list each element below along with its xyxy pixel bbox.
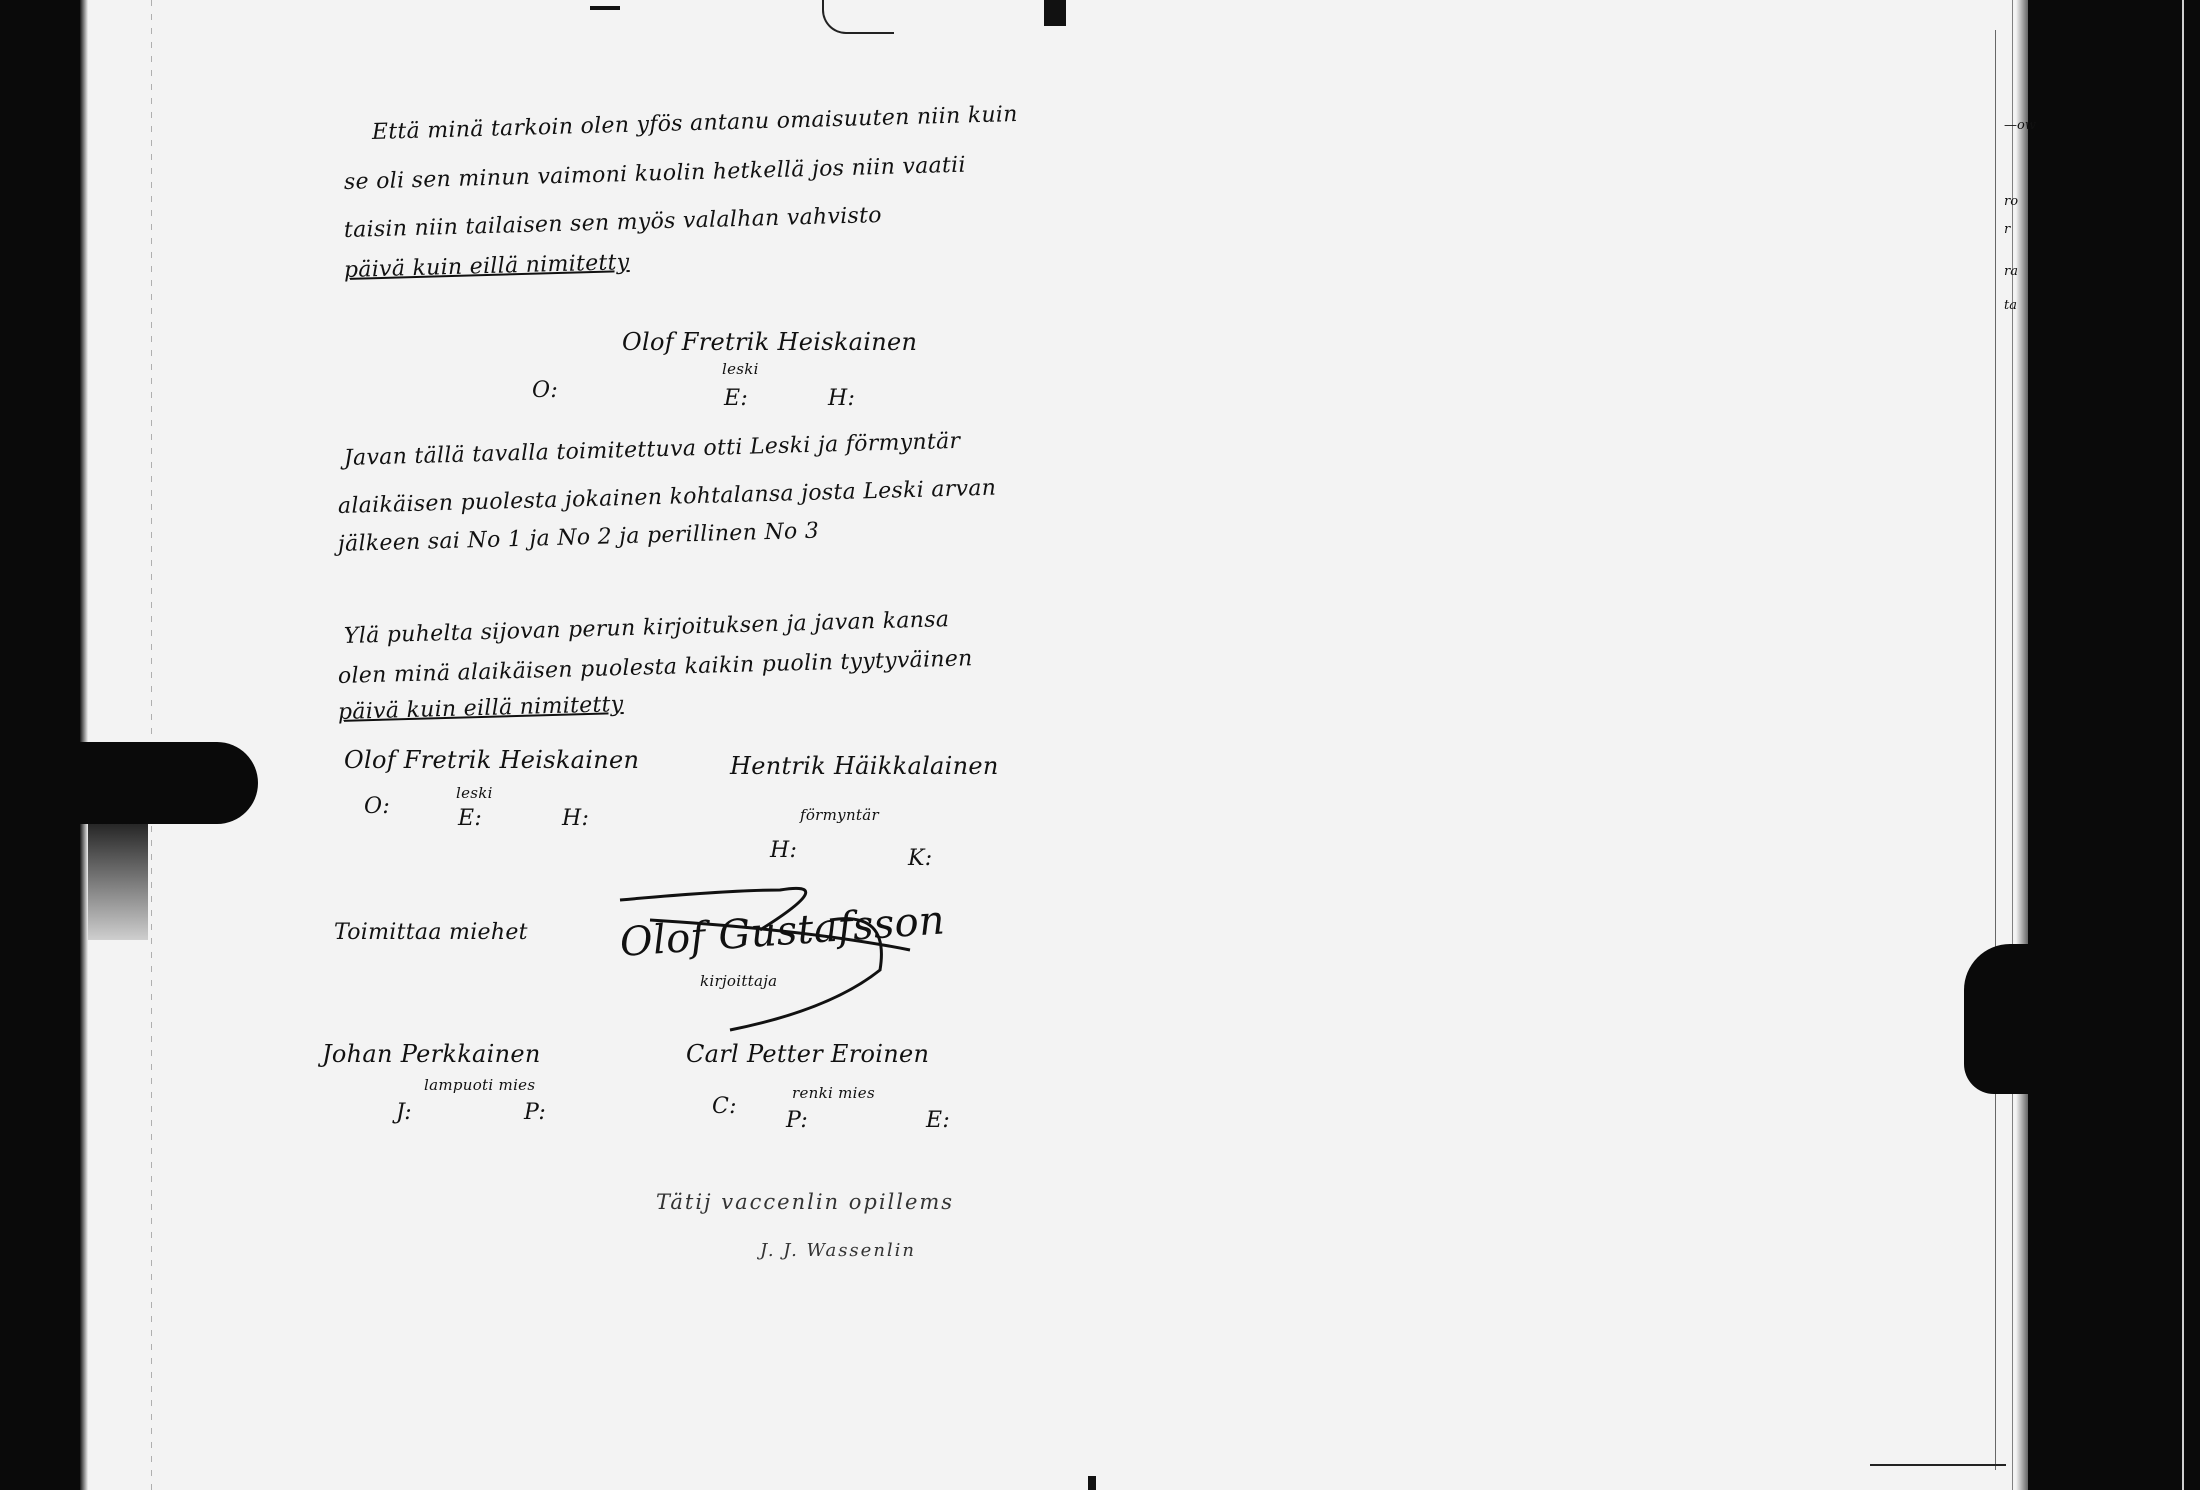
- top-ink-blot: [1044, 0, 1066, 26]
- bottom-right-corner-line: [1870, 1464, 2006, 1466]
- witness-2-role: renki mies: [792, 1084, 875, 1102]
- witness-1-role: lampuoti mies: [424, 1076, 535, 1094]
- right-clamp-shadow: [1964, 944, 2054, 1094]
- signature-2b-name: Hentrik Häikkalainen: [730, 752, 999, 780]
- signature-2b-role: förmyntär: [800, 806, 879, 824]
- right-margin-fragment-4: ra: [2004, 264, 2018, 279]
- notation-line-1: Tätij vaccenlin opillems: [656, 1190, 954, 1214]
- witnesses-label: Toimittaa miehet: [334, 920, 528, 945]
- right-margin-fragment-2: ro: [2004, 194, 2018, 209]
- signature-2a-initial-o: O:: [364, 794, 390, 819]
- notation-line-2: J. J. Wassenlin: [760, 1240, 916, 1261]
- witness-1-initial-p: P:: [524, 1100, 546, 1125]
- witness-2-initial-c: C:: [712, 1094, 737, 1119]
- witness-1-initial-j: J:: [396, 1100, 412, 1125]
- witness-1-name: Johan Perkkainen: [322, 1040, 541, 1068]
- signature-flourish: [610, 860, 940, 1040]
- right-page-edge-rule: [2012, 0, 2013, 1490]
- signature-1-initial-o: O:: [532, 378, 558, 403]
- signature-2a-initial-e: E:: [458, 806, 482, 831]
- left-clamp-smear: [88, 820, 148, 940]
- right-margin-rule: [1995, 30, 1996, 1470]
- signature-1-name: Olof Fretrik Heiskainen: [622, 328, 917, 356]
- right-margin-fragment-1: —ow: [2004, 118, 2036, 133]
- signature-1-role: leski: [722, 360, 759, 378]
- top-ink-squiggle: [822, 0, 894, 34]
- scanner-right-thin-line: [2182, 0, 2184, 1490]
- signature-2a-name: Olof Fretrik Heiskainen: [344, 746, 639, 774]
- right-margin-fragment-3: r: [2004, 222, 2010, 237]
- top-ink-mark: [590, 6, 620, 16]
- scanner-right-border: [2028, 0, 2200, 1490]
- signature-2a-role: leski: [456, 784, 493, 802]
- signature-1-initial-h: H:: [828, 386, 855, 411]
- signature-2a-initial-h: H:: [562, 806, 589, 831]
- witness-2-initial-p: P:: [786, 1108, 808, 1133]
- left-clamp-shadow: [60, 742, 258, 824]
- bottom-ink-mark: [1088, 1476, 1096, 1490]
- witness-2-name: Carl Petter Eroinen: [686, 1040, 929, 1068]
- witness-2-initial-e: E:: [926, 1108, 950, 1133]
- signature-1-initial-e: E:: [724, 386, 748, 411]
- right-margin-fragment-5: ta: [2004, 298, 2017, 313]
